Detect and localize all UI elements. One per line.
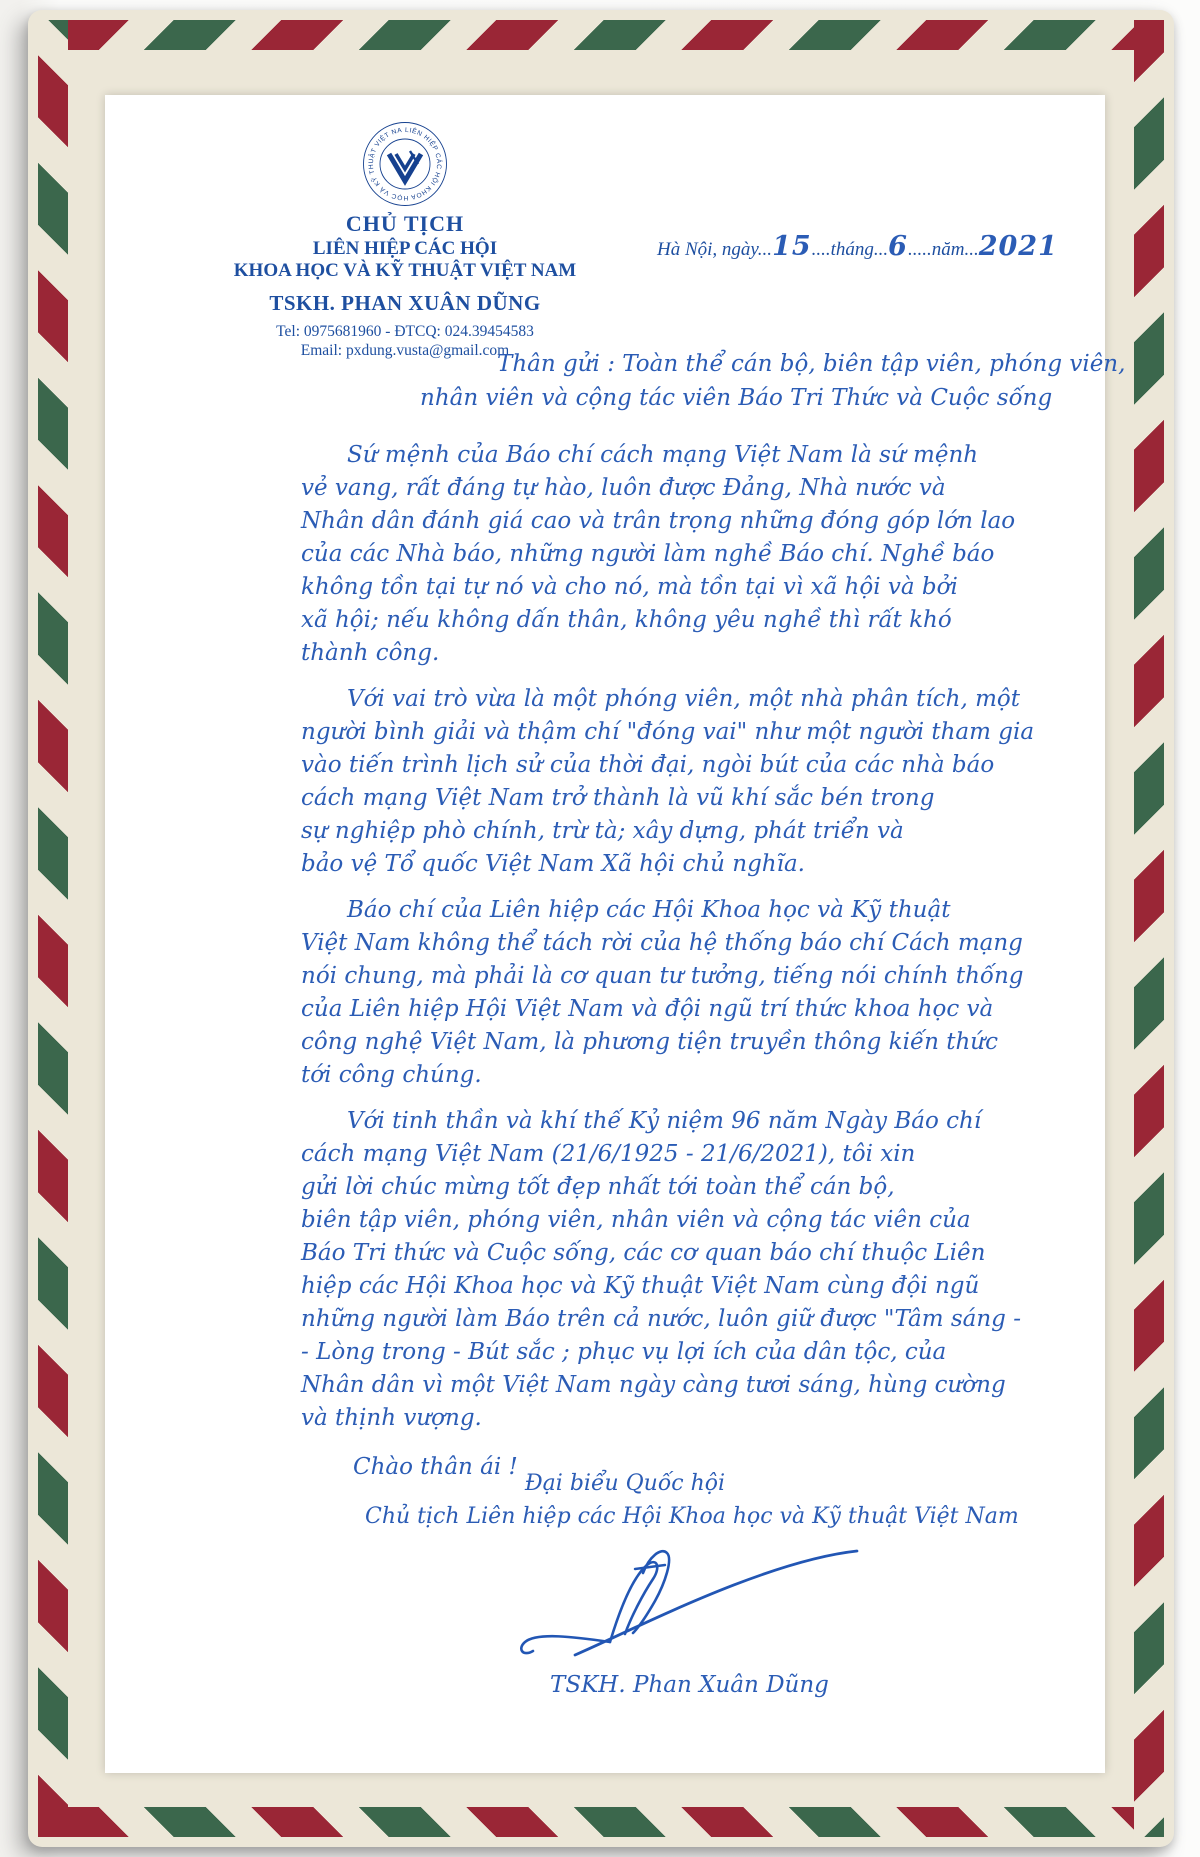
paragraph-3: Báo chí của Liên hiệp các Hội Khoa học v… [301,894,951,1092]
letter-body: Sứ mệnh của Báo chí cách mạng Việt Nam l… [301,439,951,1484]
airmail-stripe-bottom [38,1807,1164,1837]
airmail-stripe-top [38,20,1164,50]
handwritten-line: Nhân dân vì một Việt Nam ngày càng tươi … [301,1369,951,1402]
dateline-month: 6 [888,231,908,262]
handwritten-line: Báo Tri thức và Cuộc sống, các cơ quan b… [301,1237,951,1270]
handwritten-line: cách mạng Việt Nam (21/6/1925 - 21/6/202… [301,1138,951,1171]
signoff-block: Đại biểu Quốc hội Chủ tịch Liên hiệp các… [365,1467,885,1702]
vusta-logo-icon: LIÊN HIỆP CÁC HỘI KHOA HỌC VÀ KỸ THUẬT V… [205,121,605,207]
handwritten-line: Việt Nam không thể tách rời của hệ thống… [301,927,951,960]
handwritten-line: và thịnh vượng. [301,1402,951,1435]
dateline-prefix: Hà Nội, ngày... [657,239,772,260]
salutation-line: nhân viên và cộng tác viên Báo Tri Thức … [420,381,1105,415]
handwritten-line: - Lòng trong - Bút sắc ; phục vụ lợi ích… [301,1336,951,1369]
handwritten-line: của Liên hiệp Hội Việt Nam và đội ngũ tr… [301,993,951,1026]
handwritten-line: thành công. [301,637,951,670]
letterhead-org-line1: LIÊN HIỆP CÁC HỘI [205,238,605,260]
airmail-stripe-left [38,20,68,1837]
handwritten-line: người bình giải và thậm chí "đóng vai" n… [301,716,951,749]
scanned-letter-page: LIÊN HIỆP CÁC HỘI KHOA HỌC VÀ KỸ THUẬT V… [0,0,1200,1857]
dateline-day: 15 [772,231,812,262]
handwritten-line: hiệp các Hội Khoa học và Kỹ thuật Việt N… [301,1270,951,1303]
salutation: Thân gửi : Toàn thể cán bộ, biên tập viê… [105,347,1105,415]
airmail-envelope-frame: LIÊN HIỆP CÁC HỘI KHOA HỌC VÀ KỸ THUẬT V… [28,10,1174,1847]
signed-name: TSKH. Phan Xuân Dũng [550,1669,885,1702]
handwritten-line: không tồn tại tự nó và cho nó, mà tồn tạ… [301,571,951,604]
handwritten-line: nói chung, mà phải là cơ quan tư tưởng, … [301,960,951,993]
dateline-sep2: .....năm... [908,239,979,260]
letterhead-org-line2: KHOA HỌC VÀ KỸ THUẬT VIỆT NAM [205,260,605,282]
handwritten-line: Báo chí của Liên hiệp các Hội Khoa học v… [301,894,951,927]
dateline: Hà Nội, ngày...15....tháng...6.....năm..… [657,231,1058,262]
handwritten-line: bảo vệ Tổ quốc Việt Nam Xã hội chủ nghĩa… [301,848,951,881]
handwritten-line: của các Nhà báo, những người làm nghề Bá… [301,538,951,571]
handwritten-line: Với vai trò vừa là một phóng viên, một n… [301,683,951,716]
handwritten-line: vẻ vang, rất đáng tự hào, luôn được Đảng… [301,472,951,505]
handwritten-line: Sứ mệnh của Báo chí cách mạng Việt Nam l… [301,439,951,472]
handwritten-line: những người làm Báo trên cả nước, luôn g… [301,1303,951,1336]
dateline-sep1: ....tháng... [812,239,889,260]
letter-paper: LIÊN HIỆP CÁC HỘI KHOA HỌC VÀ KỸ THUẬT V… [105,95,1105,1773]
handwritten-line: tới công chúng. [301,1059,951,1092]
paragraph-2: Với vai trò vừa là một phóng viên, một n… [301,683,951,881]
salutation-line: Thân gửi : Toàn thể cán bộ, biên tập viê… [497,347,1105,381]
handwritten-line: sự nghiệp phò chính, trừ tà; xây dựng, p… [301,815,951,848]
signoff-role-line1: Đại biểu Quốc hội [365,1467,885,1500]
paragraph-4: Với tinh thần và khí thế Kỷ niệm 96 năm … [301,1105,951,1435]
letterhead-phone: Tel: 0975681960 - ĐTCQ: 024.39454583 [205,323,605,341]
handwritten-line: xã hội; nếu không dấn thân, không yêu ng… [301,604,951,637]
airmail-stripe-right [1134,20,1164,1837]
handwritten-line: cách mạng Việt Nam trở thành là vũ khí s… [301,782,951,815]
handwritten-line: gửi lời chúc mừng tốt đẹp nhất tới toàn … [301,1171,951,1204]
paragraph-1: Sứ mệnh của Báo chí cách mạng Việt Nam l… [301,439,951,670]
handwritten-line: công nghệ Việt Nam, là phương tiện truyề… [301,1026,951,1059]
dateline-year: 2021 [979,231,1058,262]
handwritten-line: Với tinh thần và khí thế Kỷ niệm 96 năm … [301,1105,951,1138]
letterhead-title: CHỦ TỊCH [205,211,605,237]
letterhead-president-name: TSKH. PHAN XUÂN DŨNG [205,291,605,316]
signoff-role-line2: Chủ tịch Liên hiệp các Hội Khoa học và K… [365,1500,885,1533]
handwritten-line: biên tập viên, phóng viên, nhân viên và … [301,1204,951,1237]
handwritten-line: Nhân dân đánh giá cao và trân trọng nhữn… [301,505,951,538]
signature-icon [515,1539,875,1669]
handwritten-line: vào tiến trình lịch sử của thời đại, ngò… [301,749,951,782]
letterhead: LIÊN HIỆP CÁC HỘI KHOA HỌC VÀ KỸ THUẬT V… [205,121,605,360]
